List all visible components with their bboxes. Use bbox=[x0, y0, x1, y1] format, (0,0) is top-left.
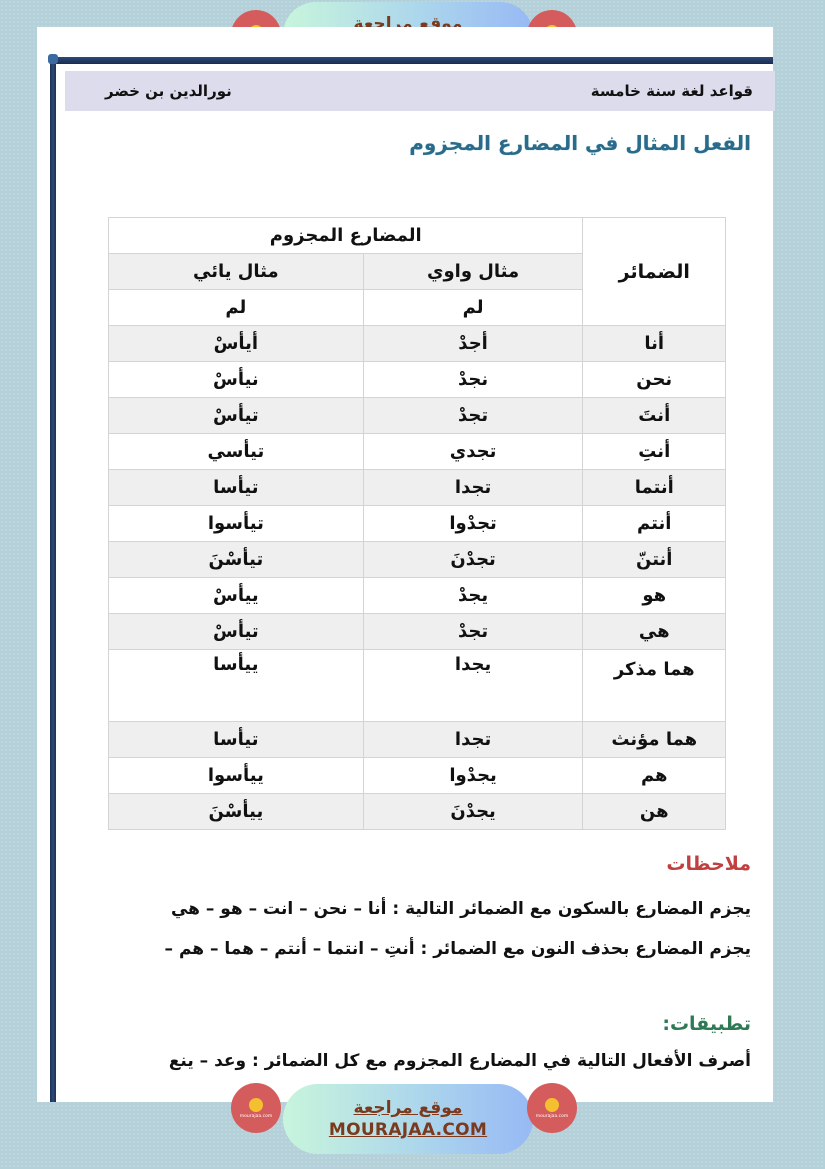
yaai-cell: ييأسْنَ bbox=[109, 794, 364, 830]
conjugation-table: الضمائر المضارع المجزوم مثال واوي مثال ي… bbox=[108, 217, 726, 830]
author-name: نورالدين بن خضر bbox=[105, 82, 232, 100]
pronoun-cell: هن bbox=[583, 794, 726, 830]
pronoun-cell: هم bbox=[583, 758, 726, 794]
pronoun-cell: أنا bbox=[583, 326, 726, 362]
waawi-cell: يجدا bbox=[363, 650, 583, 722]
logo-caption: mourajaa.com bbox=[536, 1114, 568, 1119]
table-row: هن يجدْنَ ييأسْنَ bbox=[109, 794, 726, 830]
waawi-cell: نجدْ bbox=[363, 362, 583, 398]
yaai-cell: ييأسا bbox=[109, 650, 364, 722]
note-line: يجزم المضارع بالسكون مع الضمائر التالية … bbox=[171, 899, 751, 919]
yaai-cell: ييأسْ bbox=[109, 578, 364, 614]
yaai-cell: تيأسا bbox=[109, 722, 364, 758]
logo-circle-bottom-right: mourajaa.com bbox=[527, 1083, 577, 1133]
yaai-cell: تيأسْنَ bbox=[109, 542, 364, 578]
yaai-cell: تيأسوا bbox=[109, 506, 364, 542]
pronoun-cell: هي bbox=[583, 614, 726, 650]
yaai-cell: تيأسْ bbox=[109, 398, 364, 434]
yaai-cell: ييأسوا bbox=[109, 758, 364, 794]
table-row: أنتنّ تجدْنَ تيأسْنَ bbox=[109, 542, 726, 578]
site-name-arabic: موقع مراجعة bbox=[354, 1097, 463, 1119]
pronoun-cell: أنتنّ bbox=[583, 542, 726, 578]
waawi-cell: تجدا bbox=[363, 722, 583, 758]
waawi-cell: يجدْوا bbox=[363, 758, 583, 794]
notes-title: ملاحظات bbox=[666, 853, 751, 875]
table-row: أنتما تجدا تيأسا bbox=[109, 470, 726, 506]
pronoun-cell: أنتِ bbox=[583, 434, 726, 470]
yaai-cell: تيأسْ bbox=[109, 614, 364, 650]
lesson-title: الفعل المثال في المضارع المجزوم bbox=[409, 131, 751, 155]
logo-caption: mourajaa.com bbox=[240, 1114, 272, 1119]
waawi-cell: تجدْنَ bbox=[363, 542, 583, 578]
pronoun-cell: هما مؤنث bbox=[583, 722, 726, 758]
group-header: المضارع المجزوم bbox=[109, 218, 583, 254]
table-row: أنتَ تجدْ تيأسْ bbox=[109, 398, 726, 434]
waawi-cell: تجدا bbox=[363, 470, 583, 506]
col-header-waawi: مثال واوي bbox=[363, 254, 583, 290]
table-row: هو يجدْ ييأسْ bbox=[109, 578, 726, 614]
waawi-cell: تجدي bbox=[363, 434, 583, 470]
frame-corner bbox=[48, 54, 58, 64]
waawi-cell: تجدْ bbox=[363, 398, 583, 434]
pronoun-cell: نحن bbox=[583, 362, 726, 398]
waawi-cell: يجدْ bbox=[363, 578, 583, 614]
col-header-yaai: مثال يائي bbox=[109, 254, 364, 290]
applications-title: تطبيقات: bbox=[662, 1013, 751, 1035]
note-line: يجزم المضارع بحذف النون مع الضمائر : أنت… bbox=[165, 939, 751, 959]
pronoun-cell: أنتم bbox=[583, 506, 726, 542]
waawi-cell: تجدْوا bbox=[363, 506, 583, 542]
table-row: أنتِ تجدي تيأسي bbox=[109, 434, 726, 470]
pronoun-cell: هما مذكر bbox=[583, 650, 726, 722]
yaai-cell: تيأسا bbox=[109, 470, 364, 506]
table-row: هما مذكر يجدا ييأسا bbox=[109, 650, 726, 722]
waawi-cell: يجدْنَ bbox=[363, 794, 583, 830]
document-page: قواعد لغة سنة خامسة نورالدين بن خضر الفع… bbox=[37, 27, 773, 1102]
particle-waawi: لم bbox=[363, 290, 583, 326]
header-band: قواعد لغة سنة خامسة نورالدين بن خضر bbox=[65, 71, 775, 111]
waawi-cell: أجدْ bbox=[363, 326, 583, 362]
table-row: أنا أجدْ أيأسْ bbox=[109, 326, 726, 362]
table-row: هي تجدْ تيأسْ bbox=[109, 614, 726, 650]
pronoun-cell: أنتما bbox=[583, 470, 726, 506]
table-row: أنتم تجدْوا تيأسوا bbox=[109, 506, 726, 542]
logo-icon bbox=[545, 1098, 559, 1112]
table-row: هم يجدْوا ييأسوا bbox=[109, 758, 726, 794]
waawi-cell: تجدْ bbox=[363, 614, 583, 650]
yaai-cell: أيأسْ bbox=[109, 326, 364, 362]
site-badge-bottom[interactable]: موقع مراجعة MOURAJAA.COM bbox=[283, 1084, 533, 1154]
subject-label: قواعد لغة سنة خامسة bbox=[591, 82, 753, 100]
logo-icon bbox=[249, 1098, 263, 1112]
table-row: نحن نجدْ نيأسْ bbox=[109, 362, 726, 398]
site-name-latin: MOURAJAA.COM bbox=[329, 1119, 487, 1141]
pronouns-header: الضمائر bbox=[583, 218, 726, 326]
application-line: أصرف الأفعال التالية في المضارع المجزوم … bbox=[169, 1051, 751, 1071]
pronoun-cell: أنتَ bbox=[583, 398, 726, 434]
yaai-cell: نيأسْ bbox=[109, 362, 364, 398]
logo-circle-bottom-left: mourajaa.com bbox=[231, 1083, 281, 1133]
pronoun-cell: هو bbox=[583, 578, 726, 614]
frame-top-border bbox=[50, 57, 773, 64]
particle-yaai: لم bbox=[109, 290, 364, 326]
frame-left-border bbox=[50, 57, 56, 1102]
yaai-cell: تيأسي bbox=[109, 434, 364, 470]
table-row: هما مؤنث تجدا تيأسا bbox=[109, 722, 726, 758]
